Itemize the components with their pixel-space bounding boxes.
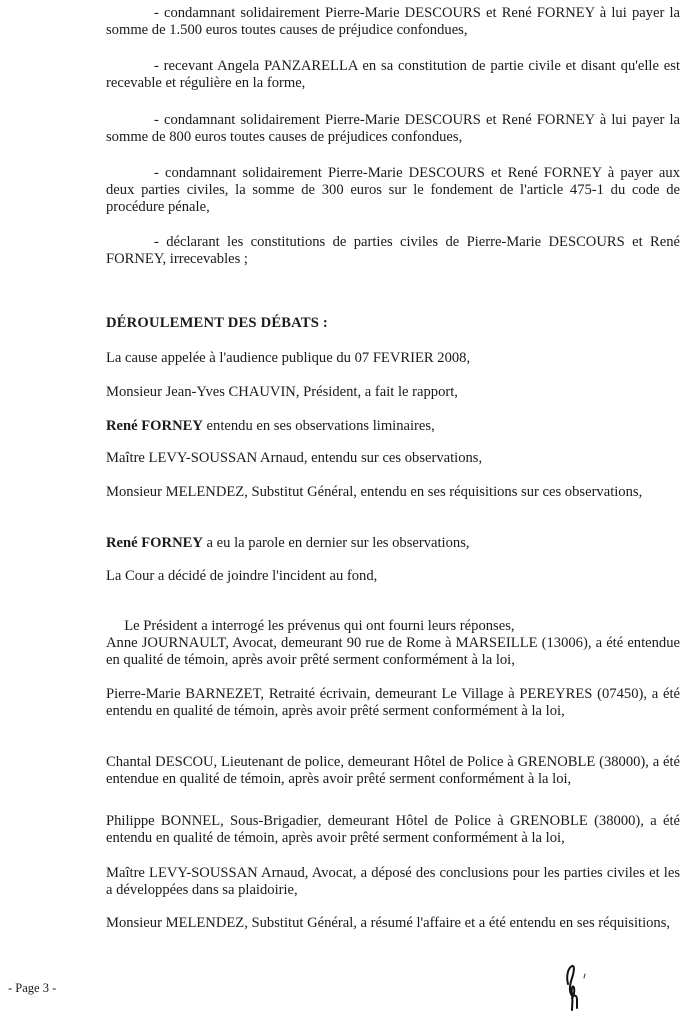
- debat-audience: La cause appelée à l'audience publique d…: [106, 350, 680, 367]
- debat-text: Le Président a interrogé les prévenus qu…: [121, 618, 515, 634]
- paragraph-irrecevables: - déclarant les constitutions de parties…: [106, 234, 680, 268]
- debat-joindre-incident: La Cour a décidé de joindre l'incident a…: [106, 568, 680, 585]
- signature-initials-icon: [562, 962, 592, 1012]
- debat-temoin-journault: Anne JOURNAULT, Avocat, demeurant 90 rue…: [106, 635, 680, 669]
- debat-bold-name: René FORNEY: [106, 418, 203, 434]
- debat-text: Monsieur MELENDEZ, Substitut Général, en…: [106, 484, 642, 500]
- debat-text: Maître LEVY-SOUSSAN Arnaud, Avocat, a dé…: [106, 865, 680, 898]
- paragraph-condamnation-800: - condamnant solidairement Pierre-Marie …: [106, 112, 680, 146]
- debat-bold-name: René FORNEY: [106, 535, 203, 551]
- debat-text: a eu la parole en dernier sur les observ…: [203, 535, 470, 551]
- paragraph-condamnation-1500: - condamnant solidairement Pierre-Marie …: [106, 5, 680, 39]
- document-page: - condamnant solidairement Pierre-Marie …: [0, 0, 697, 1020]
- debat-text: Pierre-Marie BARNEZET, Retraité écrivain…: [106, 686, 680, 719]
- debat-forney-liminaires: René FORNEY entendu en ses observations …: [106, 418, 680, 435]
- debat-text: Chantal DESCOU, Lieutenant de police, de…: [106, 754, 680, 787]
- paragraph-line: - recevant Angela PANZARELLA en sa const…: [154, 58, 616, 74]
- debat-text: La Cour a décidé de joindre l'incident a…: [106, 568, 377, 584]
- debat-requisitions: Monsieur MELENDEZ, Substitut Général, a …: [106, 915, 680, 932]
- paragraph-line: - condamnant solidairement Pierre-Marie …: [154, 165, 653, 181]
- debat-plaidoirie: Maître LEVY-SOUSSAN Arnaud, Avocat, a dé…: [106, 865, 680, 899]
- page-number: - Page 3 -: [8, 980, 56, 997]
- paragraph-article-475-1: - condamnant solidairement Pierre-Marie …: [106, 165, 680, 216]
- section-heading: DÉROULEMENT DES DÉBATS :: [106, 315, 328, 332]
- debat-melendez-observations: Monsieur MELENDEZ, Substitut Général, en…: [106, 484, 680, 501]
- debat-text: Philippe BONNEL, Sous-Brigadier, demeura…: [106, 813, 680, 846]
- debat-text: La cause appelée à l'audience publique d…: [106, 350, 470, 366]
- debat-text: Monsieur MELENDEZ, Substitut Général, a …: [106, 915, 670, 931]
- debat-forney-parole: René FORNEY a eu la parole en dernier su…: [106, 535, 680, 552]
- paragraph-line: - déclarant les constitutions de parties…: [154, 234, 643, 250]
- debat-levy-soussan-observations: Maître LEVY-SOUSSAN Arnaud, entendu sur …: [106, 450, 680, 467]
- debat-temoin-descou: Chantal DESCOU, Lieutenant de police, de…: [106, 754, 680, 788]
- paragraph-panzarella: - recevant Angela PANZARELLA en sa const…: [106, 58, 680, 92]
- debat-temoin-bonnel: Philippe BONNEL, Sous-Brigadier, demeura…: [106, 813, 680, 847]
- debat-text: Anne JOURNAULT, Avocat, demeurant 90 rue…: [106, 635, 680, 668]
- debat-text: entendu en ses observations liminaires,: [203, 418, 435, 434]
- debat-temoin-barnezet: Pierre-Marie BARNEZET, Retraité écrivain…: [106, 686, 680, 720]
- debat-president-rapport: Monsieur Jean-Yves CHAUVIN, Président, a…: [106, 384, 680, 401]
- paragraph-line: - condamnant solidairement Pierre-Marie …: [154, 5, 627, 21]
- debat-text: Monsieur Jean-Yves CHAUVIN, Président, a…: [106, 384, 458, 400]
- debat-text: Maître LEVY-SOUSSAN Arnaud, entendu sur …: [106, 450, 482, 466]
- paragraph-line: - condamnant solidairement Pierre-Marie …: [154, 112, 627, 128]
